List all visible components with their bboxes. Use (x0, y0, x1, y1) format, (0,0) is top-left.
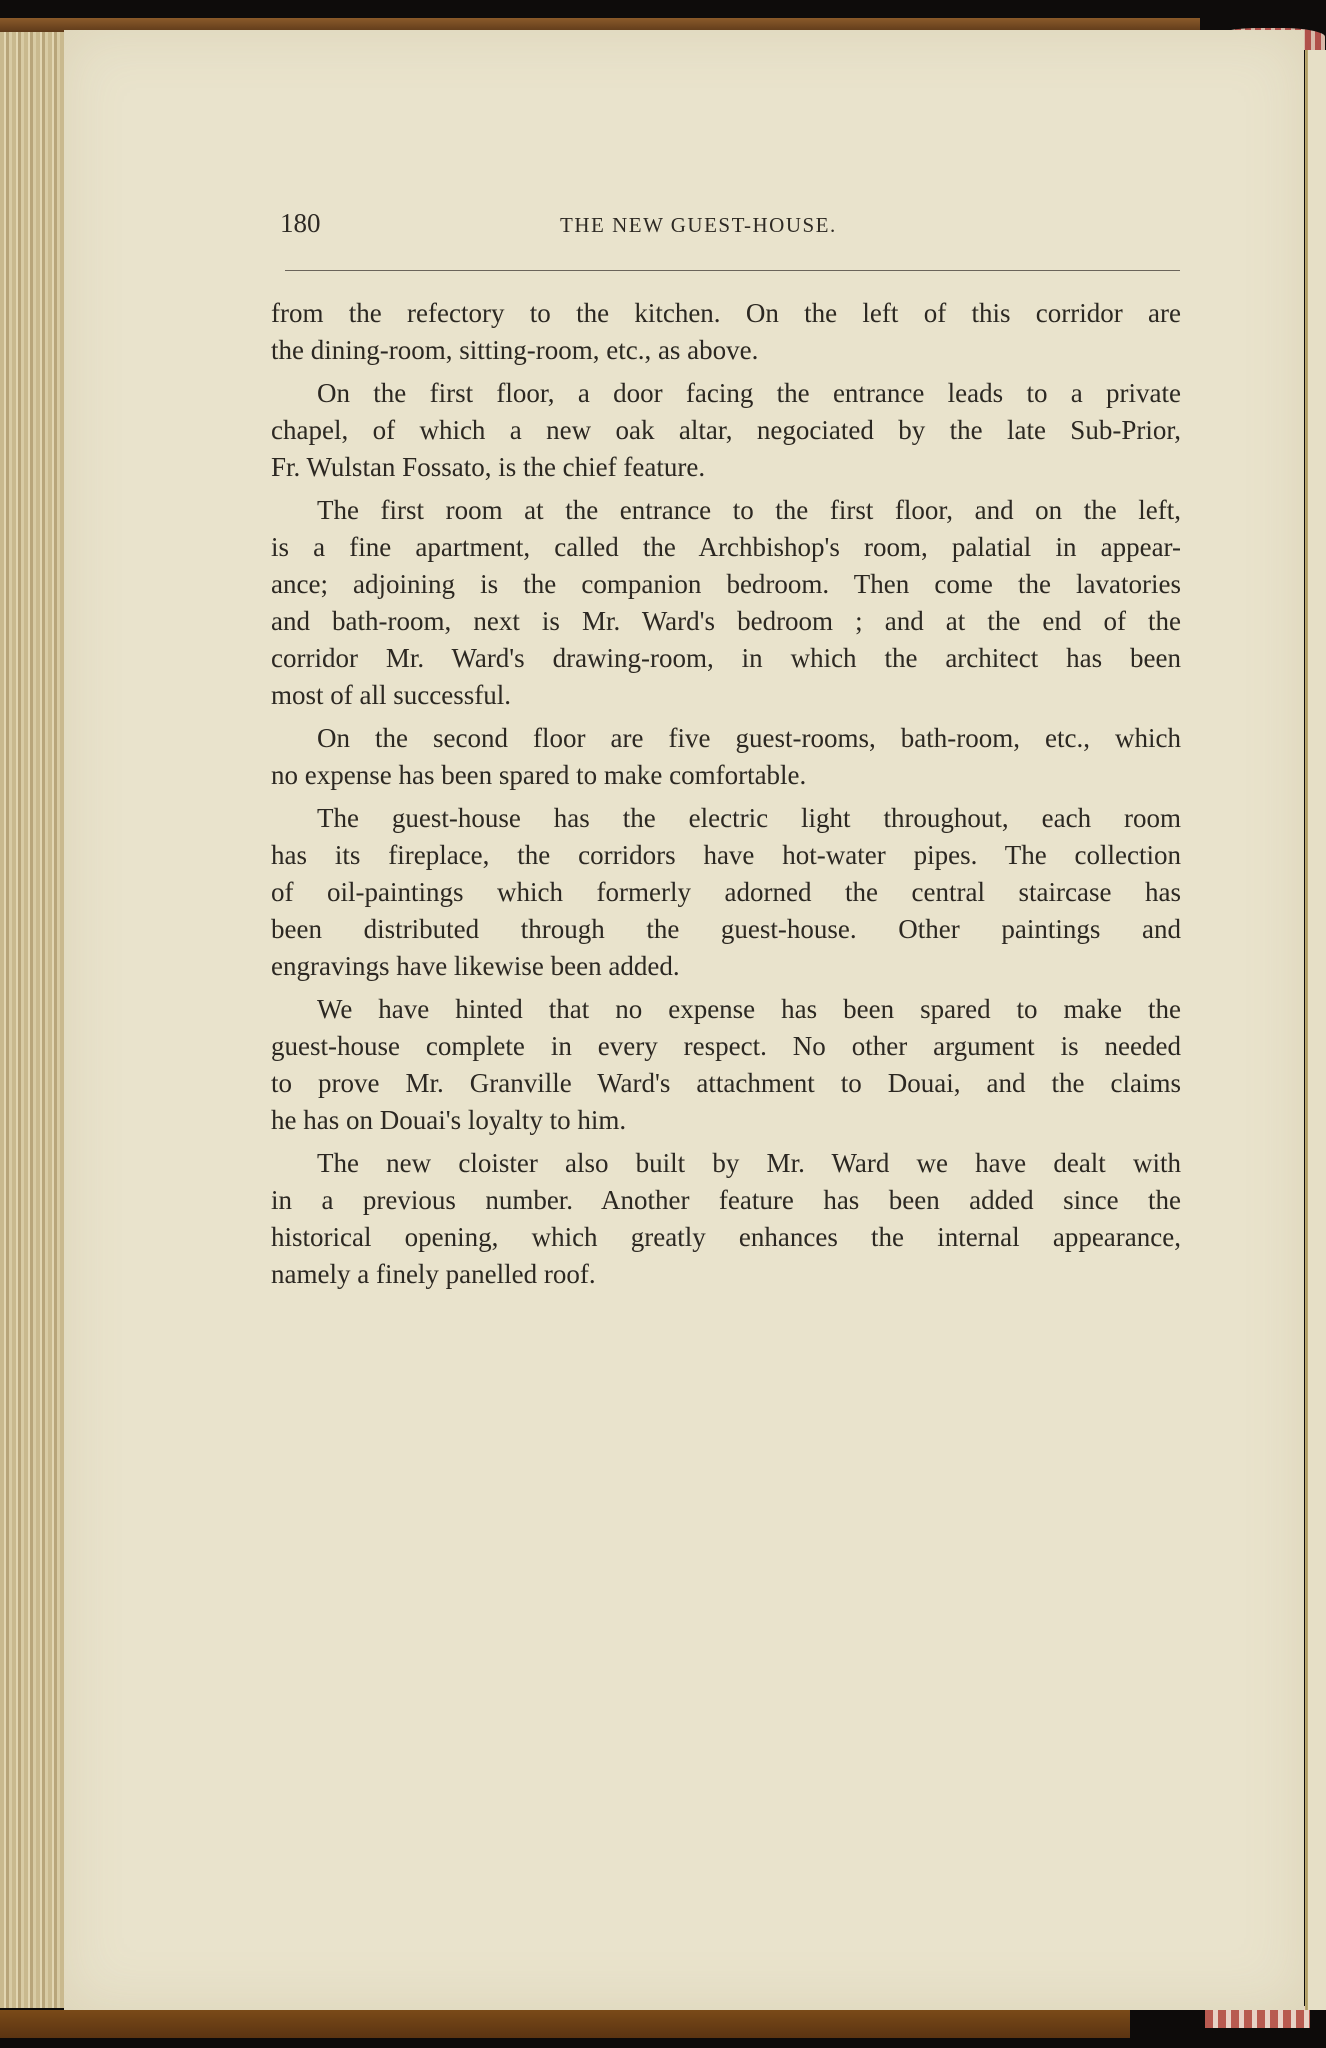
text-line: has its fireplace, the corridors have ho… (271, 840, 1181, 871)
paragraph-first-line: The first room at the entrance to the fi… (317, 495, 1181, 526)
text-line: in a previous number. Another feature ha… (271, 1185, 1181, 1216)
text-line: most of all successful. (271, 680, 1181, 711)
text-line: namely a finely panelled roof. (271, 1259, 1181, 1290)
next-page-edge (1308, 50, 1326, 2010)
text-line: been distributed through the guest-house… (271, 914, 1181, 945)
text-line: no expense has been spared to make comfo… (271, 760, 1181, 791)
text-line: of oil-paintings which formerly adorned … (271, 877, 1181, 908)
text-line: is a fine apartment, called the Archbish… (271, 532, 1181, 563)
body-text: from the refectory to the kitchen. On th… (271, 0, 1181, 1300)
text-line: he has on Douai's loyalty to him. (271, 1105, 1181, 1136)
text-line: to prove Mr. Granville Ward's attachment… (271, 1068, 1181, 1099)
paragraph-first-line: On the second floor are five guest-rooms… (317, 723, 1181, 754)
page-stack-edge (0, 32, 64, 2012)
text-line: guest-house complete in every respect. N… (271, 1031, 1181, 1062)
text-line: from the refectory to the kitchen. On th… (271, 298, 1181, 329)
text-line: chapel, of which a new oak altar, negoci… (271, 415, 1181, 446)
text-line: and bath-room, next is Mr. Ward's bedroo… (271, 606, 1181, 637)
paragraph-first-line: We have hinted that no expense has been … (317, 994, 1181, 1025)
text-line: historical opening, which greatly enhanc… (271, 1222, 1181, 1253)
text-line: ance; adjoining is the companion bedroom… (271, 569, 1181, 600)
text-line: the dining-room, sitting-room, etc., as … (271, 335, 1181, 366)
paragraph-first-line: The new cloister also built by Mr. Ward … (317, 1148, 1181, 1179)
book-cover-bottom-edge (0, 2010, 1130, 2038)
paragraph-first-line: On the first floor, a door facing the en… (317, 378, 1181, 409)
text-line: Fr. Wulstan Fossato, is the chief featur… (271, 452, 1181, 483)
text-line: corridor Mr. Ward's drawing-room, in whi… (271, 643, 1181, 674)
paragraph-first-line: The guest-house has the electric light t… (317, 803, 1181, 834)
text-line: engravings have likewise been added. (271, 951, 1181, 982)
